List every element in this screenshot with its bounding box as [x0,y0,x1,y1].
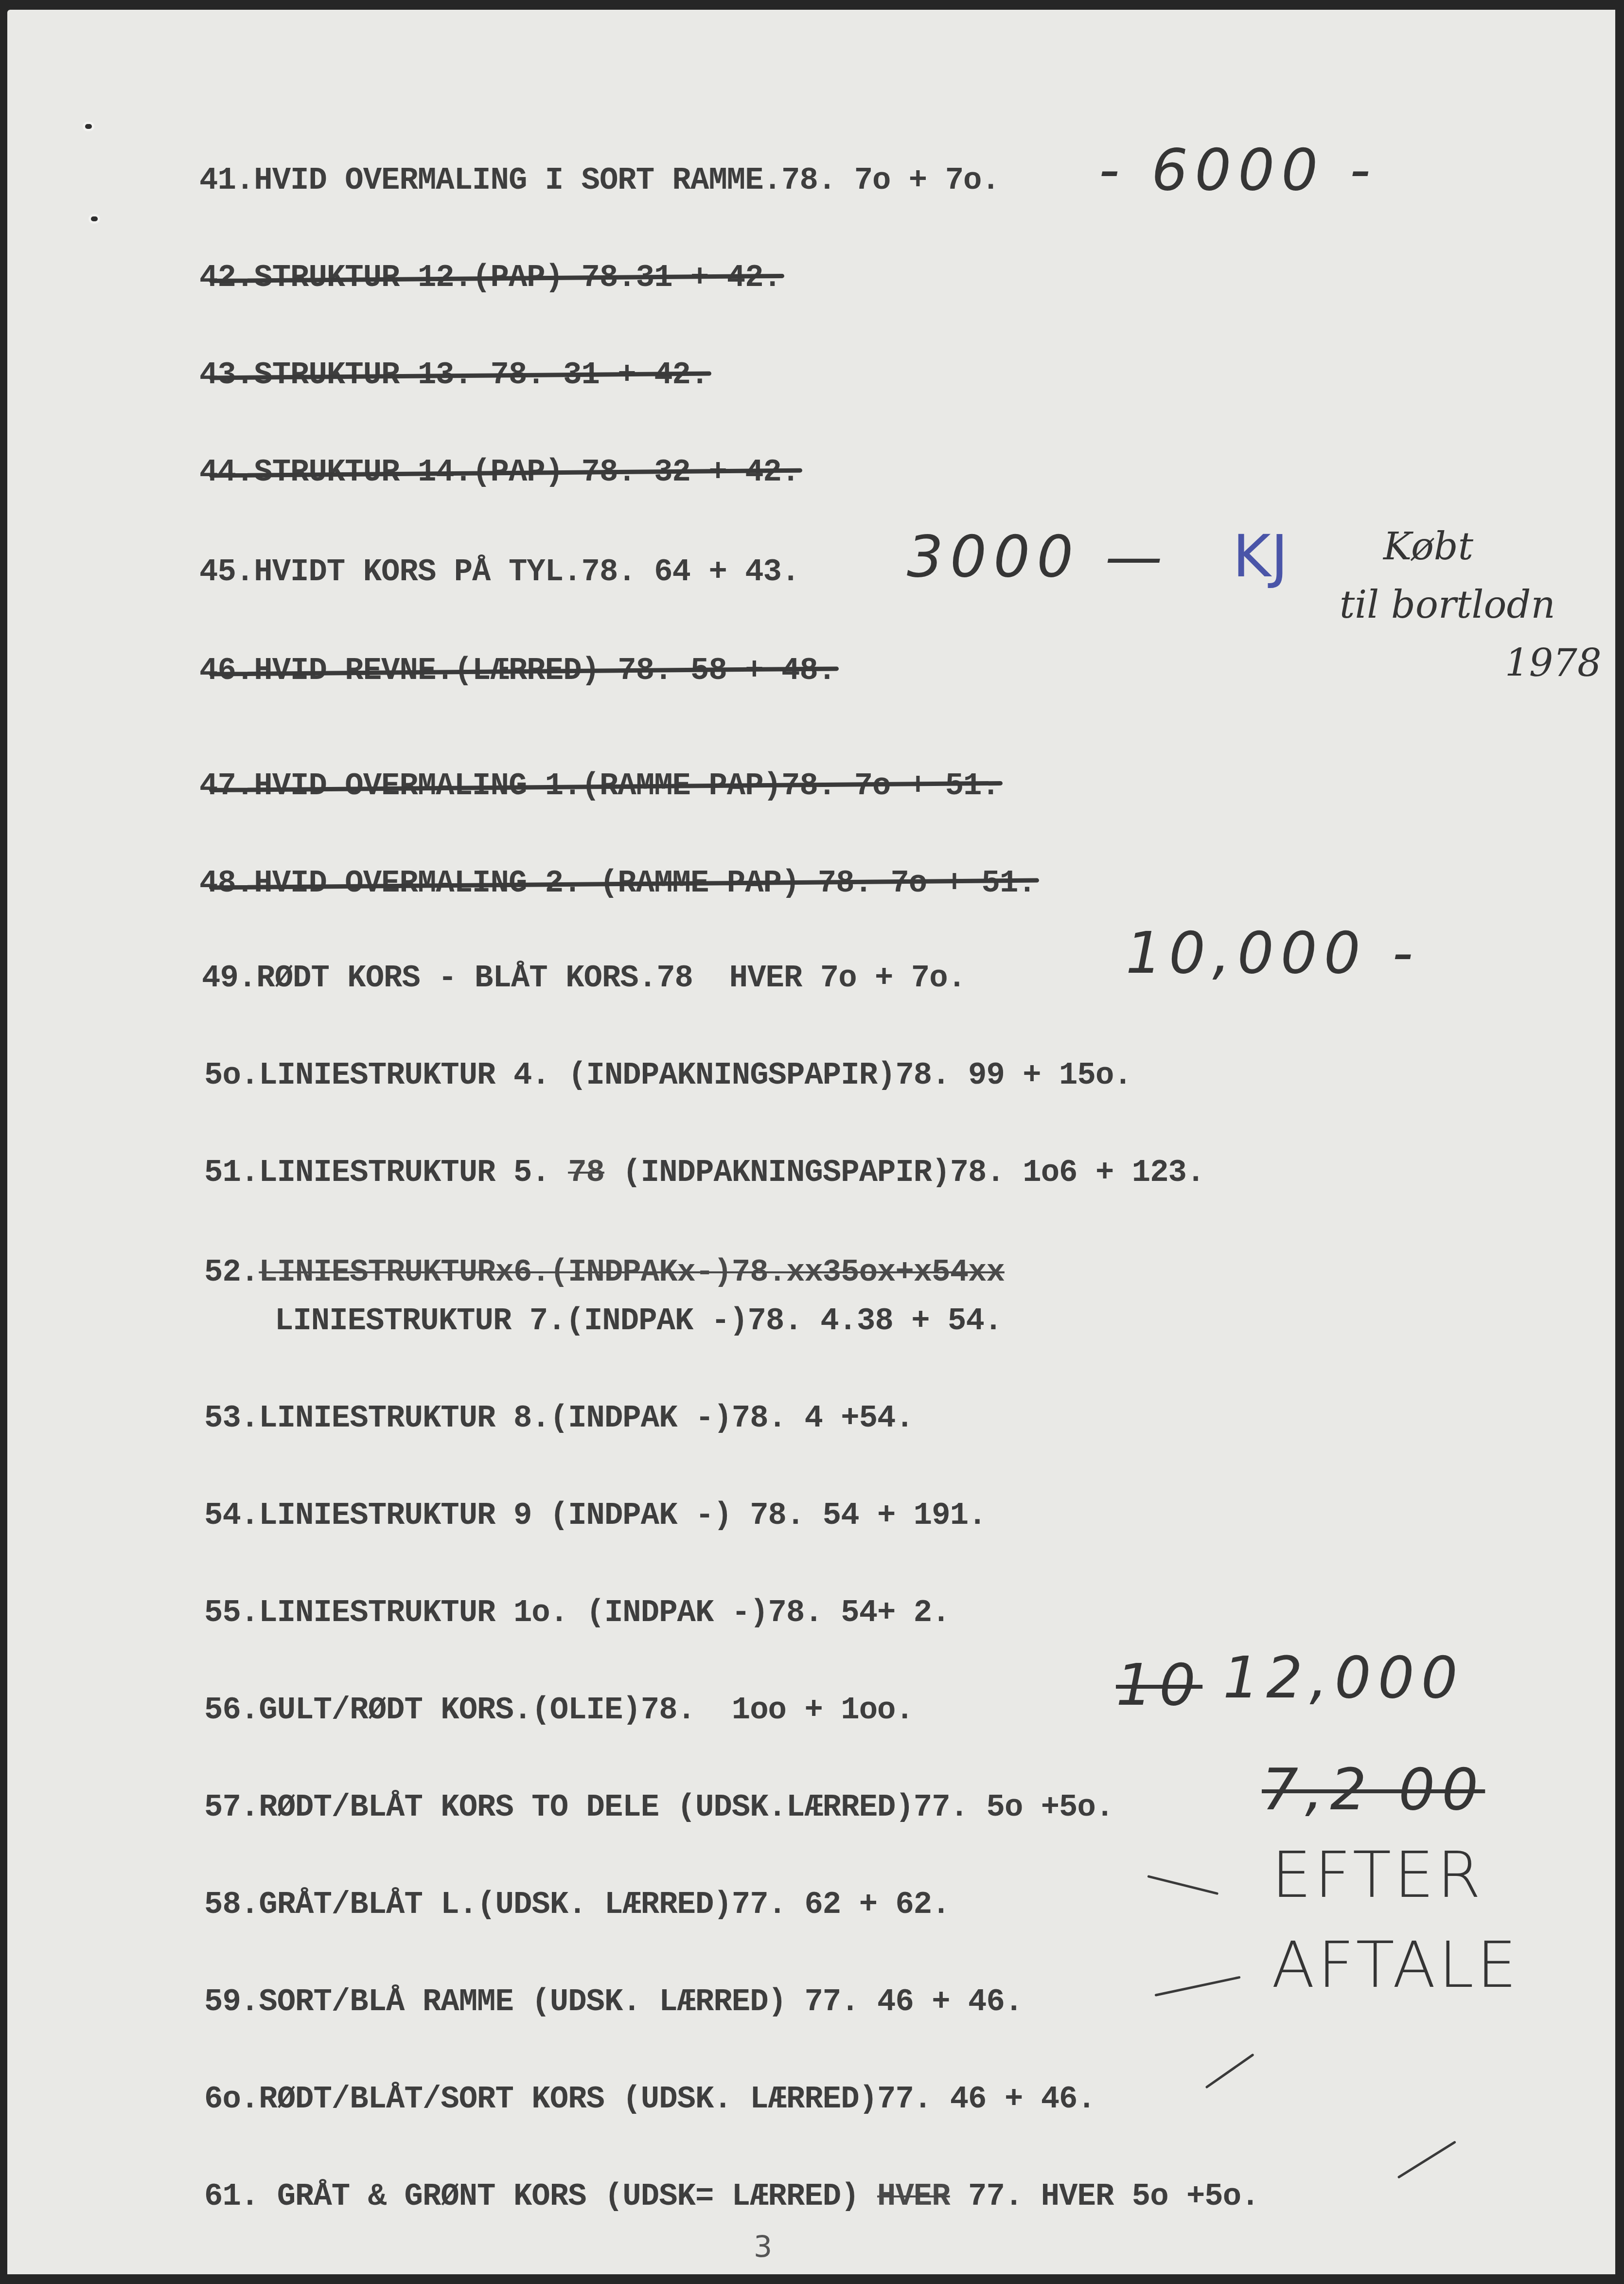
handwritten-price-49: 10,000 - [1126,924,1420,981]
handwritten-note-line2: til bortlodn [1340,586,1555,624]
handwritten-price-45: 3000 — [907,528,1169,585]
entry-52-continuation: LINIESTRUKTUR 7.(INDPAK -)78. 4.38 + 54. [275,1306,1002,1337]
entry-46: 46.HVID REVNE.(LÆRRED) 78. 58 + 48. [199,656,836,687]
handwritten-price-41: - 6000 - [1099,141,1377,198]
entry-45: 45.HVIDT KORS PÅ TYL.78. 64 + 43. [199,557,799,588]
bracket-stroke [1205,2053,1254,2089]
strikethrough: 47.HVID OVERMALING 1.(RAMME PAP)78. 7o +… [199,771,1000,802]
handwritten-note-aftale: AFTALE [1271,1933,1519,1997]
entry-56: 56.GULT/RØDT KORS.(OLIE)78. 1oo + 1oo. [204,1695,914,1726]
typed-over-text: LINIESTRUKTURx6.(INDPAKx-)78.xx35ox+x54x… [259,1255,1005,1290]
entry-48: 48.HVID OVERMALING 2. (RAMME PAP) 78. 7o… [199,868,1036,899]
strikethrough: 42.STRUKTUR 12.(PAP) 78.31 + 42. [199,263,781,294]
entry-53: 53.LINIESTRUKTUR 8.(INDPAK -)78. 4 +54. [204,1403,914,1434]
strikethrough: 48.HVID OVERMALING 2. (RAMME PAP) 78. 7o… [199,868,1036,899]
strikethrough: 44.STRUKTUR 14.(PAP) 78. 32 + 42. [199,457,799,488]
entry-49: 49.RØDT KORS - BLÅT KORS.78 HVER 7o + 7o… [202,963,966,994]
entry-58: 58.GRÅT/BLÅT L.(UDSK. LÆRRED)77. 62 + 62… [204,1890,950,1921]
entry-59: 59.SORT/BLÅ RAMME (UDSK. LÆRRED) 77. 46 … [204,1987,1023,2018]
handwritten-note-line1: Købt [1383,528,1473,566]
handwritten-note-efter: EFTER [1271,1843,1484,1907]
entry-60: 6o.RØDT/BLÅT/SORT KORS (UDSK. LÆRRED)77.… [204,2084,1095,2115]
entry-54: 54.LINIESTRUKTUR 9 (INDPAK -) 78. 54 + 1… [204,1500,986,1532]
entry-42: 42.STRUKTUR 12.(PAP) 78.31 + 42. [199,263,781,294]
typed-over-text: HVER [877,2179,950,2214]
bracket-stroke [1154,1976,1240,1997]
entry-52: 52.LINIESTRUKTURx6.(INDPAKx-)78.xx35ox+x… [204,1257,1005,1288]
document-page: 41.HVID OVERMALING I SORT RAMME.78. 7o +… [7,10,1615,2274]
entry-51: 51.LINIESTRUKTUR 5. 78 (INDPAKNINGSPAPIR… [204,1158,1204,1189]
typed-over-text: 78 [568,1156,604,1191]
staple-hole [91,216,98,221]
blue-initials-45: KJ [1233,528,1288,586]
bracket-stroke [1147,1875,1218,1895]
staple-hole [85,124,92,129]
bracket-stroke [1397,2141,1456,2178]
page-number: 3 [754,2232,772,2262]
entry-57: 57.RØDT/BLÅT KORS TO DELE (UDSK.LÆRRED)7… [204,1792,1113,1823]
entry-55: 55.LINIESTRUKTUR 1o. (INDPAK -)78. 54+ 2… [204,1598,950,1629]
handwritten-price-56: 12,000 [1223,1649,1465,1706]
strikethrough: 43.STRUKTUR 13. 78. 31 + 42. [199,360,708,391]
entry-50: 5o.LINIESTRUKTUR 4. (INDPAKNINGSPAPIR)78… [204,1060,1132,1091]
entry-61: 61. GRÅT & GRØNT KORS (UDSK= LÆRRED) HVE… [204,2181,1259,2213]
handwritten-struck-price-57: 7,2 00 [1262,1761,1485,1818]
entry-44: 44.STRUKTUR 14.(PAP) 78. 32 + 42. [199,457,799,488]
entry-41: 41.HVID OVERMALING I SORT RAMME.78. 7o +… [199,165,1000,196]
handwritten-note-year: 1978 [1505,644,1602,682]
entry-43: 43.STRUKTUR 13. 78. 31 + 42. [199,360,708,391]
strikethrough: 46.HVID REVNE.(LÆRRED) 78. 58 + 48. [199,656,836,687]
entry-47: 47.HVID OVERMALING 1.(RAMME PAP)78. 7o +… [199,771,1000,802]
handwritten-struck-price-56: 10 [1116,1656,1202,1713]
